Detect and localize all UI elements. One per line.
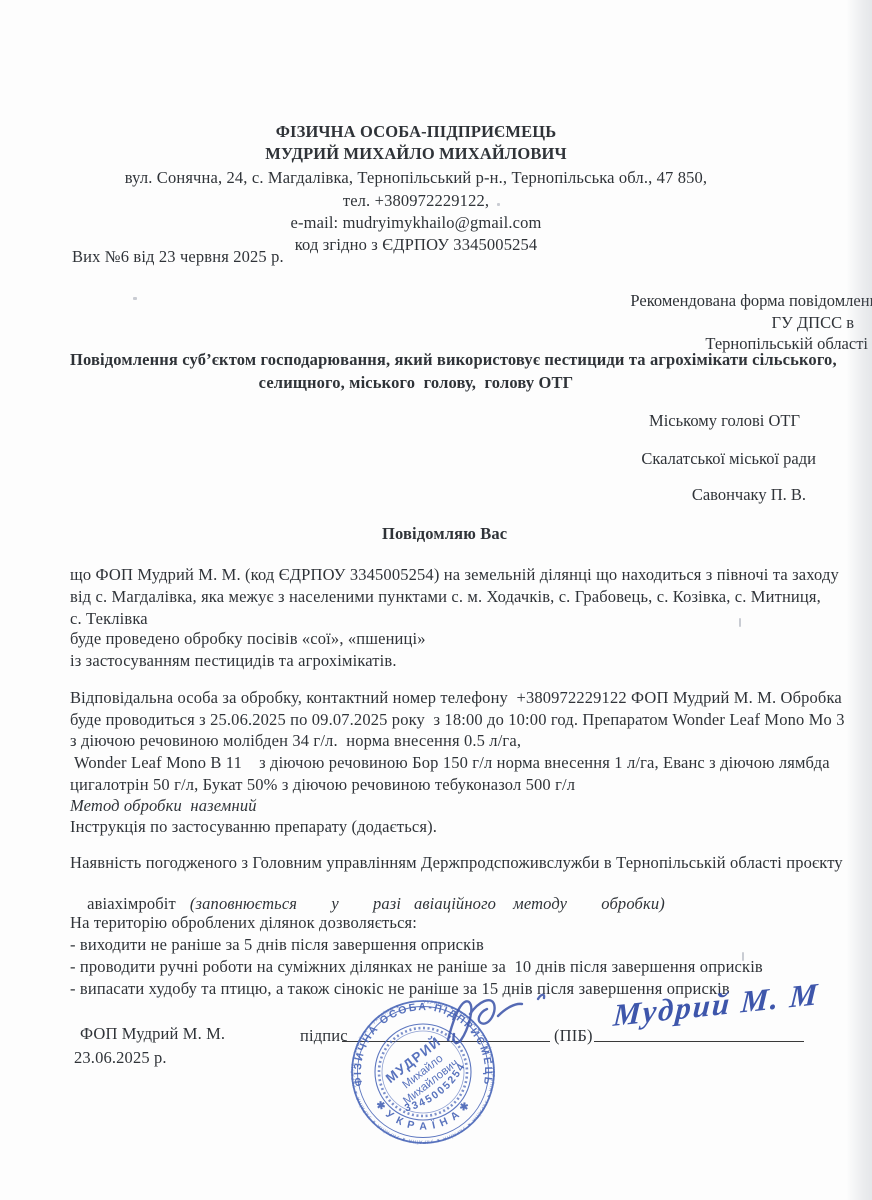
body-line: з діючою речовиною молібден 34 г/л. норм… [70,731,521,751]
list-item: - проводити ручні роботи на суміжних діл… [70,957,763,977]
scan-speck [133,297,137,300]
letterhead-email: e-mail: mudryimykhailo@gmail.com [0,213,872,233]
body-line: буде проводиться з 25.06.2025 по 09.07.2… [70,710,845,730]
list-item: - виходити не раніше за 5 днів після зав… [70,935,484,955]
document-date: 23.06.2025 р. [74,1048,167,1068]
treatment-method-line: Метод обробки наземний [70,796,257,816]
body-line: цигалотрін 50 г/л, Букат 50% з діючою ре… [70,775,575,795]
body-line: На територію оброблених ділянок дозволяє… [70,913,417,933]
addressee-line1: Міському голові ОТГ [0,411,800,431]
recommendation-note-line1: Рекомендована форма повідомлення [0,291,872,311]
body-line: від с. Магдалівка, яка межує з населеним… [70,587,821,607]
scan-speck [742,952,744,961]
addressee-line3: Савончаку П. В. [0,485,806,505]
fop-round-stamp: УКРАЇНА ★ УКРАЇНА ★ УКРАЇНА ★ УКРАЇНА ★ … [338,987,508,1157]
signatory-name: ФОП Мудрий М. М. [80,1024,225,1044]
letterhead-org-type: ФІЗИЧНА ОСОБА-ПІДПРИЄМЕЦЬ [0,122,872,142]
letterhead-address: вул. Сонячна, 24, с. Магдалівка, Тернопі… [0,168,872,188]
letterhead-name: МУДРИЙ МИХАЙЛО МИХАЙЛОВИЧ [0,144,872,164]
letterhead-phone: тел. +380972229122, [0,191,872,211]
pib-underline [594,1041,804,1042]
salutation: Повідомляю Вас [382,524,507,544]
body-line-italic-part: (заповнюється у разі авіаційного методу … [190,894,665,913]
body-line: Інструкція по застосуванню препарату (до… [70,817,437,837]
recommendation-note-line2: ГУ ДПСС в [0,313,854,333]
scan-speck [739,618,741,627]
body-line: Відповідальна особа за обробку, контактн… [70,688,842,708]
outgoing-ref-number: Вих №6 від 23 червня 2025 р. [72,247,284,267]
body-line: із застосуванням пестицидів та агрохімік… [70,651,397,671]
body-line: що ФОП Мудрий М. М. (код ЄДРПОУ 33450052… [70,565,839,585]
scan-speck [497,203,500,206]
body-line-regular-part: авіахімробіт [87,894,176,913]
pib-label: (ПІБ) [554,1026,593,1046]
body-line: Wonder Leaf Mono B 11 з діючою речовиною… [70,753,830,773]
scanned-document-page: ФІЗИЧНА ОСОБА-ПІДПРИЄМЕЦЬ МУДРИЙ МИХАЙЛО… [0,0,872,1200]
body-line: с. Теклівка [70,609,148,629]
body-line: буде проведено обробку посівів «сої», «п… [70,629,426,649]
document-title-line2: селищного, міського голову, голову ОТГ [0,373,868,393]
body-line: Наявність погодженого з Головним управлі… [70,853,843,873]
document-title-line1: Повідомлення суб’єктом господарювання, я… [70,350,837,370]
addressee-line2: Скалатської міської ради [0,449,816,469]
